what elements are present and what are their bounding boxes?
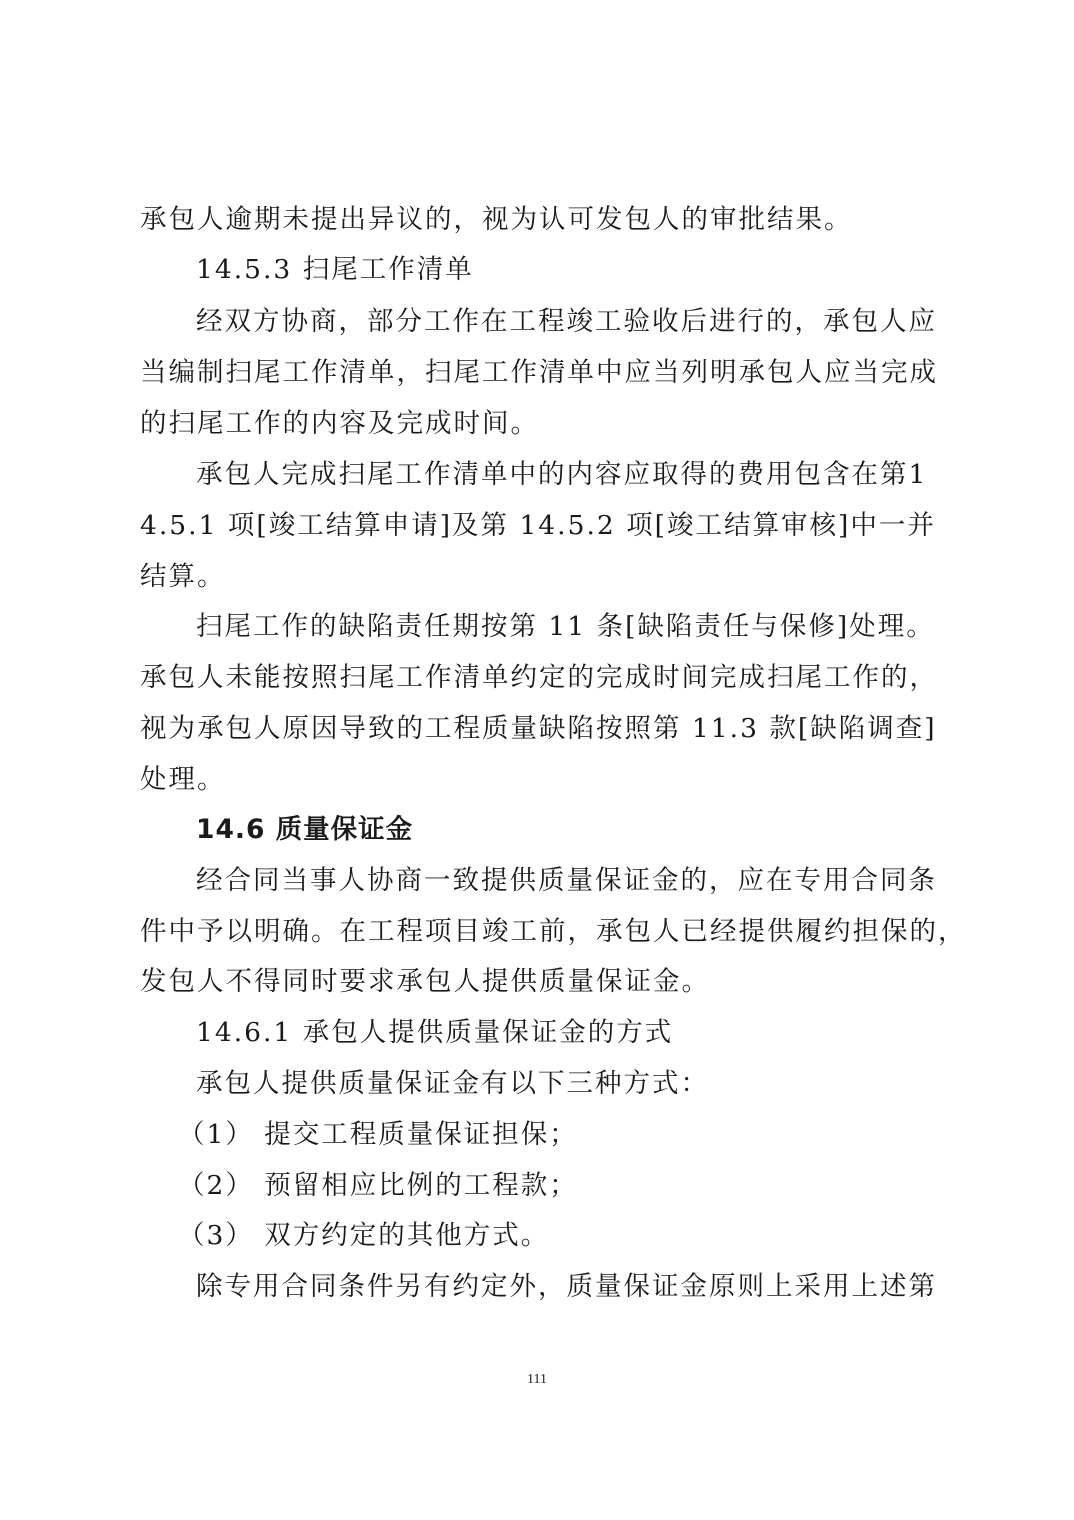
paragraph-line: 处理。 bbox=[140, 762, 940, 798]
paragraph-line: 经合同当事人协商一致提供质量保证金的，应在专用合同条 bbox=[196, 863, 996, 899]
subsection-heading-14-5-3: 14.5.3 扫尾工作清单 bbox=[196, 252, 996, 288]
paragraph-line: 扫尾工作的缺陷责任期按第 11 条[缺陷责任与保修]处理。 bbox=[196, 609, 996, 645]
paragraph-line: 除专用合同条件另有约定外，质量保证金原则上采用上述第 bbox=[196, 1269, 996, 1305]
paragraph-line: 承包人完成扫尾工作清单中的内容应取得的费用包含在第1 bbox=[196, 457, 996, 493]
paragraph-line: 视为承包人原因导致的工程质量缺陷按照第 11.3 款[缺陷调查] bbox=[140, 711, 940, 747]
subsection-heading-14-6-1: 14.6.1 承包人提供质量保证金的方式 bbox=[196, 1015, 996, 1051]
list-item: （3） 双方约定的其他方式。 bbox=[178, 1218, 978, 1254]
paragraph-line: 件中予以明确。在工程项目竣工前，承包人已经提供履约担保的， bbox=[140, 914, 940, 950]
paragraph-line: 承包人未能按照扫尾工作清单约定的完成时间完成扫尾工作的， bbox=[140, 660, 940, 696]
paragraph-line: 当编制扫尾工作清单，扫尾工作清单中应当列明承包人应当完成 bbox=[140, 355, 940, 391]
paragraph-line: 结算。 bbox=[140, 559, 940, 595]
paragraph-line: 的扫尾工作的内容及完成时间。 bbox=[140, 406, 940, 442]
paragraph-line: 4.5.1 项[竣工结算申请]及第 14.5.2 项[竣工结算审核]中一并 bbox=[140, 508, 940, 544]
list-item: （1） 提交工程质量保证担保； bbox=[178, 1117, 978, 1153]
document-page: 承包人逾期未提出异议的，视为认可发包人的审批结果。 14.5.3 扫尾工作清单 … bbox=[0, 0, 1074, 1520]
paragraph-line: 经双方协商，部分工作在工程竣工验收后进行的，承包人应 bbox=[196, 304, 996, 340]
paragraph-line: 承包人提供质量保证金有以下三种方式： bbox=[196, 1066, 996, 1102]
list-item: （2） 预留相应比例的工程款； bbox=[178, 1168, 978, 1204]
page-number: 111 bbox=[0, 1372, 1074, 1388]
paragraph-line: 发包人不得同时要求承包人提供质量保证金。 bbox=[140, 964, 940, 1000]
section-heading-14-6: 14.6 质量保证金 bbox=[196, 812, 996, 848]
paragraph-line: 承包人逾期未提出异议的，视为认可发包人的审批结果。 bbox=[140, 202, 940, 238]
